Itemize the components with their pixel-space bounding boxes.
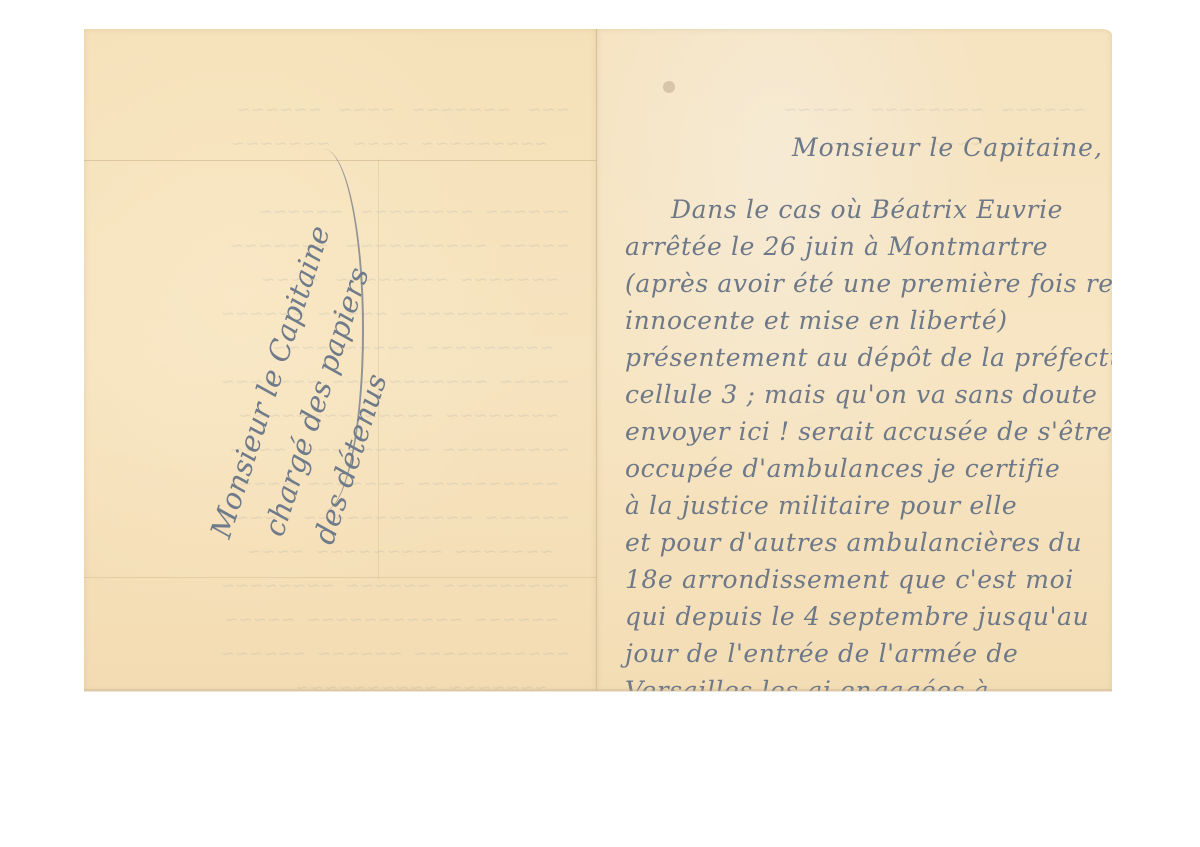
letter-line: et pour d'autres ambulancières du — [625, 524, 1105, 561]
letter-line: 18e arrondissement que c'est moi — [625, 561, 1105, 598]
letter-line: envoyer ici ! serait accusée de s'être — [625, 413, 1105, 450]
address-block: Monsieur le Capitaine chargé des papiers… — [196, 206, 463, 582]
letter-line: occupée d'ambulances je certifie — [625, 450, 1105, 487]
page-bottom-edge — [84, 689, 1112, 692]
letter-line: innocente et mise en liberté) — [625, 302, 1105, 339]
letter-line: qui depuis le 4 septembre jusqu'au — [625, 598, 1105, 635]
horizontal-crease — [84, 160, 596, 161]
salutation: Monsieur le Capitaine, — [792, 133, 1103, 162]
letter-sheet: ~~~ ~~~~~~~ ~~~~ ~~~~~~ ~~~~~~~~~ ~~~~ ~… — [84, 29, 1112, 691]
left-page: ~~~ ~~~~~~~ ~~~~ ~~~~~~ ~~~~~~~~~ ~~~~ ~… — [84, 29, 596, 691]
letter-body: Dans le cas où Béatrix Euvrie arrêtée le… — [625, 191, 1105, 691]
right-page: ~~~~~~ ~~~~~~~~ ~~~~~ ~~~~~~~~~~ ~~~~~~ … — [597, 29, 1112, 691]
letter-line: jour de l'entrée de l'armée de — [625, 635, 1105, 672]
letter-line: Dans le cas où Béatrix Euvrie — [625, 191, 1105, 228]
letter-line: arrêtée le 26 juin à Montmartre — [625, 228, 1105, 265]
letter-line: cellule 3 ; mais qu'on va sans doute — [625, 376, 1105, 413]
letter-line: à la justice militaire pour elle — [625, 487, 1105, 524]
letter-line: présentement au dépôt de la préfecture — [625, 339, 1105, 376]
horizontal-crease-lower — [84, 577, 596, 578]
letter-content: Monsieur le Capitaine, Dans le cas où Bé… — [597, 29, 1112, 691]
letter-line: (après avoir été une première fois recon… — [625, 265, 1105, 302]
